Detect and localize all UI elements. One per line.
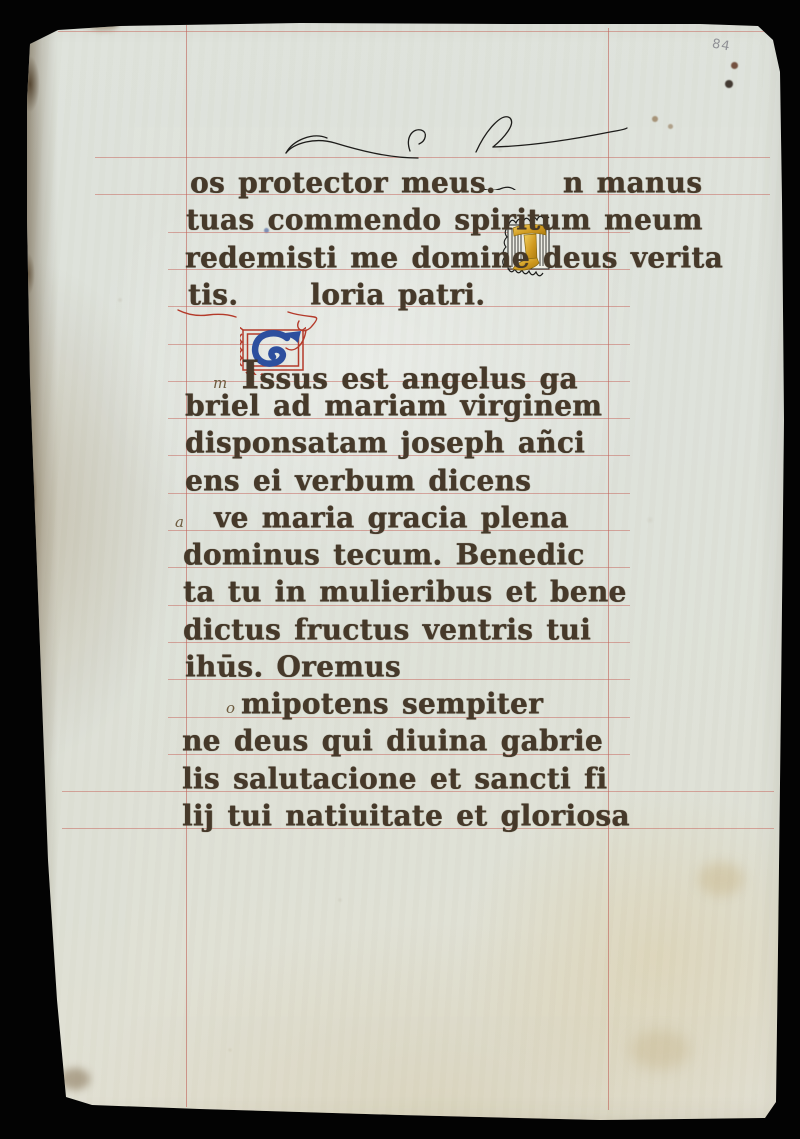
- text-run: ne deus qui diuina gabrie: [182, 724, 603, 758]
- manuscript-line: tis. loria patri.: [188, 278, 485, 318]
- text-run: tis.: [188, 278, 238, 312]
- text-run: ens ei verbum dicens: [185, 464, 531, 498]
- stain: [630, 1030, 690, 1070]
- manuscript-line: ihūs. Oremus: [185, 650, 401, 690]
- guide-letter: o: [226, 699, 235, 717]
- text-run: briel ad mariam virginem: [185, 389, 602, 423]
- text-run: dictus fructus ventris tui: [183, 613, 591, 647]
- stain: [725, 80, 733, 88]
- manuscript-line: dictus fructus ventris tui: [183, 613, 591, 653]
- text-run: lis salutacione et sancti fi: [182, 762, 607, 796]
- ruling-line: [168, 344, 630, 345]
- binding-edge-stain: [24, 24, 58, 1109]
- stain: [652, 116, 658, 122]
- manuscript-line: briel ad mariam virginem: [185, 389, 602, 429]
- stain: [86, 16, 120, 30]
- manuscript-line: ave maria gracia plena: [175, 501, 569, 541]
- text-run: n manus: [563, 166, 702, 200]
- text-run: os protector meus.: [190, 166, 496, 200]
- manuscript-line: lis salutacione et sancti fi: [182, 762, 607, 802]
- manuscript-line: lij tui natiuitate et gloriosa: [182, 799, 630, 839]
- text-run: dominus tecum. Benedic: [183, 538, 585, 572]
- text-run: loria patri.: [310, 278, 485, 312]
- text-run: ihūs. Oremus: [185, 650, 401, 684]
- ruling-line: [95, 157, 770, 158]
- manuscript-line: redemisti me domine deus verita: [185, 241, 723, 281]
- stain: [731, 62, 738, 69]
- manuscript-line: mIssus est angelus ga: [213, 352, 578, 392]
- text-run: redemisti me domine deus verita: [185, 241, 723, 275]
- guide-letter: a: [175, 513, 184, 531]
- manuscript-line: os protector meus. n m: [190, 166, 702, 206]
- manuscript-leaf: os protector meus. n m: [0, 0, 800, 1139]
- text-run: tuas commendo spiritum meum: [186, 203, 703, 237]
- manuscript-line: ne deus qui diuina gabrie: [182, 724, 603, 764]
- manuscript-line: omipotens sempiter: [226, 687, 543, 727]
- text-run: disponsatam joseph añci: [185, 426, 585, 460]
- pencil-folio-number: 84: [711, 37, 732, 55]
- text-run: ve maria gracia plena: [214, 501, 569, 535]
- manuscript-line: dominus tecum. Benedic: [183, 538, 585, 578]
- stain: [698, 862, 744, 896]
- manuscript-line: disponsatam joseph añci: [185, 426, 585, 466]
- text-run: mipotens sempiter: [241, 687, 543, 721]
- manuscript-line: ens ei verbum dicens: [185, 464, 531, 504]
- manuscript-line: tuas commendo spiritum meum: [186, 203, 703, 243]
- manuscript-line: ta tu in mulieribus et bene: [183, 575, 627, 615]
- stain: [668, 124, 673, 129]
- text-run: lij tui natiuitate et gloriosa: [182, 799, 630, 833]
- photograph-stage: os protector meus. n m: [0, 0, 800, 1139]
- stain: [60, 1068, 90, 1090]
- illuminated-initial-blue-G: [240, 289, 306, 337]
- ruling-line: [58, 31, 772, 32]
- text-run: ta tu in mulieribus et bene: [183, 575, 627, 609]
